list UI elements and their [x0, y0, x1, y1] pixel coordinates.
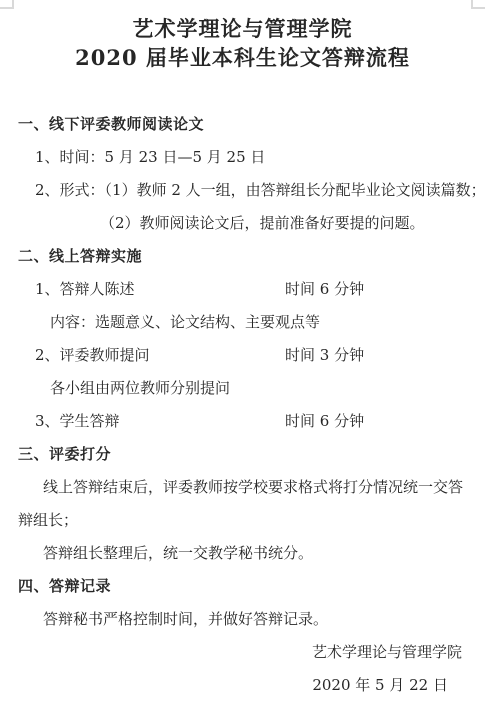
- section-2-item-reply: 3、学生答辩 时间 6 分钟: [0, 405, 485, 438]
- section-3-heading: 三、评委打分: [0, 438, 485, 471]
- section-4-paragraph: 答辩秘书严格控制时间，并做好答辩记录。: [0, 603, 485, 636]
- section-1-item-format: 2、形式：（1）教师 2 人一组，由答辩组长分配毕业论文阅读篇数；: [0, 174, 485, 207]
- section-4-heading: 四、答辩记录: [0, 570, 485, 603]
- document-page: 艺术学理论与管理学院 2020 届毕业本科生论文答辩流程 一、线下评委教师阅读论…: [0, 0, 485, 717]
- section-2-item-statement: 1、答辩人陈述 时间 6 分钟: [0, 273, 485, 306]
- item-duration: 时间 6 分钟: [285, 405, 364, 438]
- item-duration: 时间 6 分钟: [285, 273, 364, 306]
- section-2-item-statement-content: 内容：选题意义、论文结构、主要观点等: [0, 306, 485, 339]
- page-margin-corner-mark-top-left: [0, 0, 14, 9]
- item-duration: 时间 3 分钟: [285, 339, 364, 372]
- date-line: 2020 年 5 月 22 日: [0, 669, 485, 702]
- page-margin-corner-mark-top-right: [471, 0, 485, 9]
- section-1-item-time: 1、时间：5 月 23 日—5 月 25 日: [0, 141, 485, 174]
- item-label: 1、答辩人陈述: [35, 280, 135, 298]
- section-2-item-questions: 2、评委教师提问 时间 3 分钟: [0, 339, 485, 372]
- signature-line: 艺术学理论与管理学院: [0, 636, 485, 669]
- section-3-paragraph-line-1: 线上答辩结束后，评委教师按学校要求格式将打分情况统一交答: [0, 471, 485, 504]
- item-label: 2、评委教师提问: [35, 346, 150, 364]
- section-2-item-questions-detail: 各小组由两位教师分别提问: [0, 372, 485, 405]
- document-title-line-2: 2020 届毕业本科生论文答辩流程: [0, 43, 485, 72]
- section-2-heading: 二、线上答辩实施: [0, 240, 485, 273]
- document-title-block: 艺术学理论与管理学院 2020 届毕业本科生论文答辩流程: [0, 0, 485, 72]
- document-body: 一、线下评委教师阅读论文 1、时间：5 月 23 日—5 月 25 日 2、形式…: [0, 108, 485, 702]
- section-1-item-format-2: （2）教师阅读论文后，提前准备好要提的问题。: [0, 207, 485, 240]
- section-3-paragraph-line-2: 辩组长；: [0, 504, 485, 537]
- section-1-heading: 一、线下评委教师阅读论文: [0, 108, 485, 141]
- item-label: 3、学生答辩: [35, 412, 120, 430]
- section-3-paragraph-2: 答辩组长整理后，统一交教学秘书统分。: [0, 537, 485, 570]
- document-title-line-1: 艺术学理论与管理学院: [0, 14, 485, 43]
